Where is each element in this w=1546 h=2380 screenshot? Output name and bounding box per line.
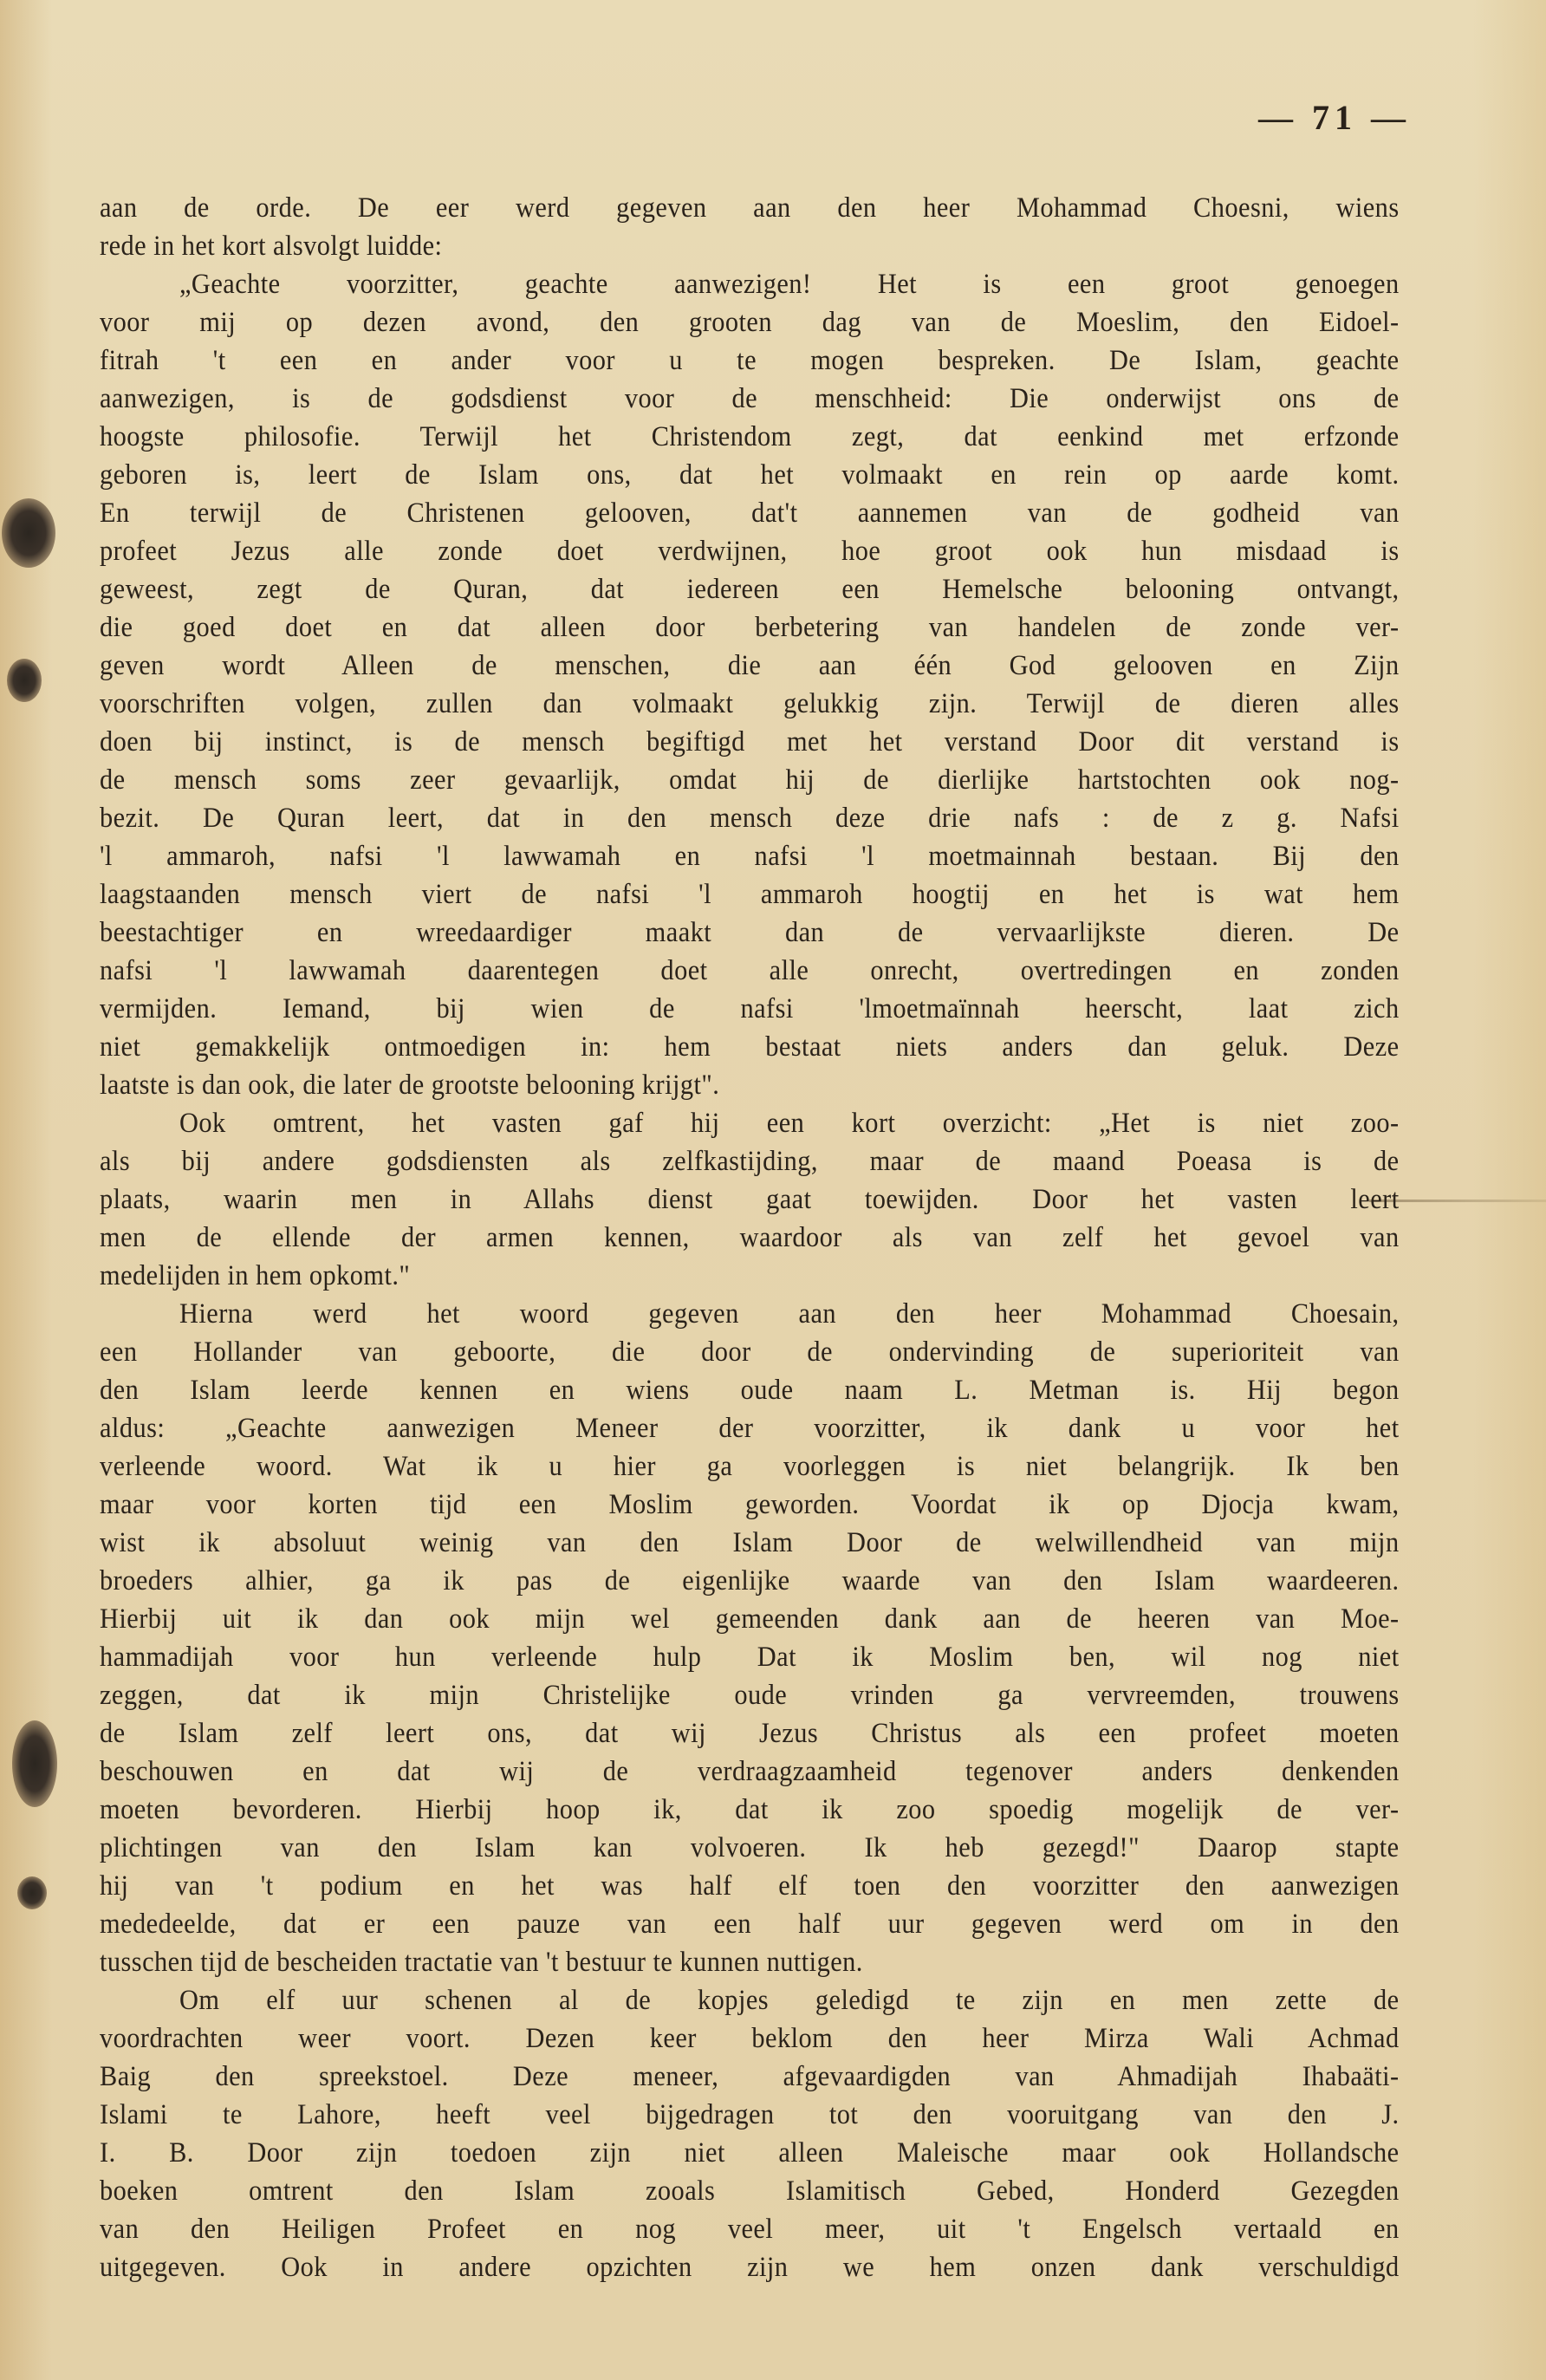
text-line: den Islam leerde kennen en wiens oude na…: [100, 1371, 1400, 1409]
text-line: geweest, zegt de Quran, dat iedereen een…: [100, 570, 1400, 608]
text-line: van den Heiligen Profeet en nog veel mee…: [100, 2210, 1400, 2248]
text-line: laagstaanden mensch viert de nafsi 'l am…: [100, 875, 1400, 914]
ink-stain-1: [2, 498, 55, 568]
text-line: Baig den spreekstoel. Deze meneer, afgev…: [100, 2058, 1400, 2096]
text-line: men de ellende der armen kennen, waardoo…: [100, 1219, 1400, 1257]
text-line: medelijden in hem opkomt.": [100, 1257, 1400, 1295]
text-line: wist ik absoluut weinig van den Islam Do…: [100, 1524, 1400, 1562]
text-line: de mensch soms zeer gevaarlijk, omdat hi…: [100, 761, 1400, 799]
text-line: aan de orde. De eer werd gegeven aan den…: [100, 189, 1400, 227]
text-line: profeet Jezus alle zonde doet verdwijnen…: [100, 532, 1400, 570]
text-line: En terwijl de Christenen gelooven, dat't…: [100, 494, 1400, 532]
text-line: maar voor korten tijd een Moslim geworde…: [100, 1486, 1400, 1524]
text-line: beschouwen en dat wij de verdraagzaamhei…: [100, 1752, 1400, 1791]
text-line: broeders alhier, ga ik pas de eigenlijke…: [100, 1562, 1400, 1600]
text-line: als bij andere godsdiensten als zelfkast…: [100, 1142, 1400, 1180]
ink-stain-2: [7, 659, 42, 702]
text-line: zeggen, dat ik mijn Christelijke oude vr…: [100, 1676, 1400, 1714]
text-line: een Hollander van geboorte, die door de …: [100, 1333, 1400, 1371]
text-line: tusschen tijd de bescheiden tractatie va…: [100, 1943, 1400, 1981]
text-line: fitrah 't een en ander voor u te mogen b…: [100, 341, 1400, 380]
text-line: „Geachte voorzitter, geachte aanwezigen!…: [100, 265, 1400, 303]
text-line: die goed doet en dat alleen door berbete…: [100, 608, 1400, 647]
text-line: Hierna werd het woord gegeven aan den he…: [100, 1295, 1400, 1333]
text-line: geboren is, leert de Islam ons, dat het …: [100, 456, 1400, 494]
text-line: plaats, waarin men in Allahs dienst gaat…: [100, 1180, 1400, 1219]
text-line: voordrachten weer voort. Dezen keer bekl…: [100, 2019, 1400, 2058]
text-line: de Islam zelf leert ons, dat wij Jezus C…: [100, 1714, 1400, 1752]
text-line: voor mij op dezen avond, den grooten dag…: [100, 303, 1400, 341]
text-line: voorschriften volgen, zullen dan volmaak…: [100, 685, 1400, 723]
text-line: uitgegeven. Ook in andere opzichten zijn…: [100, 2248, 1400, 2286]
text-line: bezit. De Quran leert, dat in den mensch…: [100, 799, 1400, 837]
text-line: mededeelde, dat er een pauze van een hal…: [100, 1905, 1400, 1943]
text-line: hoogste philosofie. Terwijl het Christen…: [100, 418, 1400, 456]
text-line: plichtingen van den Islam kan volvoeren.…: [100, 1829, 1400, 1867]
text-line: hij van 't podium en het was half elf to…: [100, 1867, 1400, 1905]
text-line: niet gemakkelijk ontmoedigen in: hem bes…: [100, 1028, 1400, 1066]
text-line: 'l ammaroh, nafsi 'l lawwamah en nafsi '…: [100, 837, 1400, 875]
text-line: boeken omtrent den Islam zooals Islamiti…: [100, 2172, 1400, 2210]
text-line: rede in het kort alsvolgt luidde:: [100, 227, 1400, 265]
text-line: Om elf uur schenen al de kopjes geledigd…: [100, 1981, 1400, 2019]
text-line: Islami te Lahore, heeft veel bijgedragen…: [100, 2096, 1400, 2134]
ink-stain-4: [17, 1876, 47, 1909]
text-line: hammadijah voor hun verleende hulp Dat i…: [100, 1638, 1400, 1676]
scanned-page: — 71 — aan de orde. De eer werd gegeven …: [0, 0, 1546, 2380]
text-line: verleende woord. Wat ik u hier ga voorle…: [100, 1447, 1400, 1486]
text-line: aldus: „Geachte aanwezigen Meneer der vo…: [100, 1409, 1400, 1447]
text-line: vermijden. Iemand, bij wien de nafsi 'lm…: [100, 990, 1400, 1028]
text-line: nafsi 'l lawwamah daarentegen doet alle …: [100, 952, 1400, 990]
text-line: Hierbij uit ik dan ook mijn wel gemeende…: [100, 1600, 1400, 1638]
text-line: moeten bevorderen. Hierbij hoop ik, dat …: [100, 1791, 1400, 1829]
page-number: — 71 —: [1248, 97, 1421, 138]
ink-stain-3: [12, 1720, 57, 1807]
text-line: laatste is dan ook, die later de grootst…: [100, 1066, 1400, 1104]
text-line: aanwezigen, is de godsdienst voor de men…: [100, 380, 1400, 418]
text-line: doen bij instinct, is de mensch begiftig…: [100, 723, 1400, 761]
text-line: I. B. Door zijn toedoen zijn niet alleen…: [100, 2134, 1400, 2172]
text-line: geven wordt Alleen de menschen, die aan …: [100, 647, 1400, 685]
body-text: aan de orde. De eer werd gegeven aan den…: [100, 189, 1400, 2286]
text-line: Ook omtrent, het vasten gaf hij een kort…: [100, 1104, 1400, 1142]
text-line: beestachtiger en wreedaardiger maakt dan…: [100, 914, 1400, 952]
